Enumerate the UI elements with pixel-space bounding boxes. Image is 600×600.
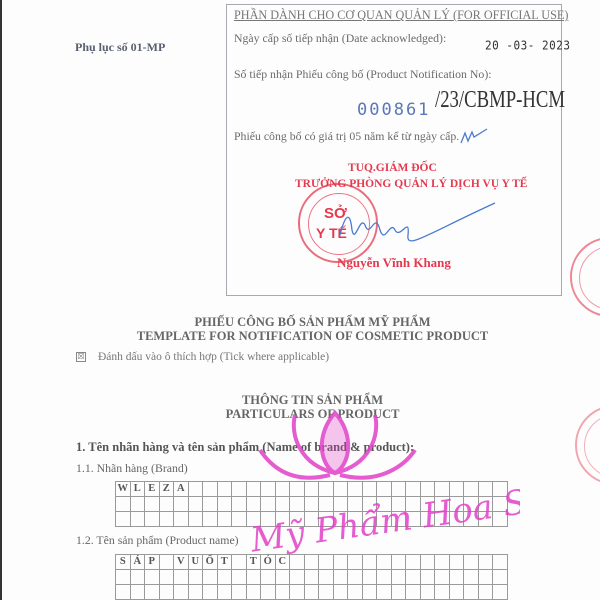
grid-cell — [348, 555, 363, 570]
grid-cell — [406, 482, 421, 497]
grid-cell — [232, 570, 247, 585]
grid-cell — [348, 585, 363, 600]
grid-cell — [391, 570, 406, 585]
grid-cell — [130, 497, 145, 512]
question-1: 1. Tên nhãn hàng và tên sản phẩm (Name o… — [76, 440, 414, 455]
form-title-en: TEMPLATE FOR NOTIFICATION OF COSMETIC PR… — [0, 329, 600, 344]
grid-cell — [130, 570, 145, 585]
grid-cell — [116, 570, 131, 585]
grid-cell — [203, 512, 218, 527]
grid-cell: U — [188, 555, 203, 570]
grid-cell — [304, 570, 319, 585]
grid-cell: S — [116, 555, 131, 570]
grid-cell — [478, 585, 493, 600]
grid-cell: Z — [159, 482, 174, 497]
grid-cell — [420, 570, 435, 585]
grid-cell — [449, 585, 464, 600]
grid-cell — [420, 512, 435, 527]
grid-cell — [420, 482, 435, 497]
grid-cell — [435, 497, 450, 512]
grid-cell — [493, 555, 508, 570]
grid-cell — [203, 497, 218, 512]
grid-cell — [159, 512, 174, 527]
grid-cell — [449, 497, 464, 512]
grid-cell — [478, 570, 493, 585]
grid-cell — [217, 512, 232, 527]
grid-cell — [348, 570, 363, 585]
grid-cell — [435, 555, 450, 570]
grid-cell — [362, 555, 377, 570]
grid-cell — [290, 482, 305, 497]
grid-cell — [304, 555, 319, 570]
grid-cell — [174, 570, 189, 585]
official-header: PHẦN DÀNH CHO CƠ QUAN QUẢN LÝ (FOR OFFIC… — [234, 8, 568, 23]
grid-cell — [493, 585, 508, 600]
grid-cell — [290, 512, 305, 527]
grid-cell: T — [217, 555, 232, 570]
grid-cell — [406, 512, 421, 527]
grid-cell — [232, 555, 247, 570]
grid-cell — [290, 555, 305, 570]
grid-cell: A — [174, 482, 189, 497]
grid-cell — [217, 482, 232, 497]
grid-cell: P — [145, 555, 160, 570]
grid-cell: E — [145, 482, 160, 497]
grid-cell — [420, 497, 435, 512]
grid-cell — [275, 570, 290, 585]
grid-cell — [232, 585, 247, 600]
grid-cell — [435, 570, 450, 585]
grid-cell — [145, 570, 160, 585]
grid-cell — [319, 497, 334, 512]
section-title-vn: THÔNG TIN SẢN PHẨM — [0, 393, 600, 408]
grid-cell — [406, 555, 421, 570]
grid-cell — [362, 570, 377, 585]
grid-cell — [232, 512, 247, 527]
grid-cell — [304, 482, 319, 497]
grid-cell — [377, 482, 392, 497]
grid-cell — [449, 555, 464, 570]
grid-cell — [145, 497, 160, 512]
grid-cell — [261, 497, 276, 512]
grid-cell — [391, 497, 406, 512]
grid-cell — [275, 512, 290, 527]
grid-cell — [232, 482, 247, 497]
grid-cell — [348, 497, 363, 512]
grid-cell — [246, 512, 261, 527]
notification-number-label: Số tiếp nhận Phiếu công bố (Product Noti… — [234, 67, 492, 82]
grid-cell — [464, 497, 479, 512]
grid-cell — [406, 585, 421, 600]
annex-label: Phụ lục số 01-MP — [75, 40, 165, 55]
grid-cell — [319, 570, 334, 585]
grid-cell — [493, 482, 508, 497]
grid-cell — [188, 570, 203, 585]
grid-cell — [217, 570, 232, 585]
grid-cell — [203, 570, 218, 585]
grid-cell — [391, 585, 406, 600]
product-name-grid: SÁPVUỐTTÓC — [115, 554, 508, 600]
brand-grid: WLEZA — [115, 481, 508, 527]
grid-cell — [435, 585, 450, 600]
grid-cell — [333, 512, 348, 527]
brand-label: 1.1. Nhãn hàng (Brand) — [76, 461, 188, 476]
grid-cell — [203, 482, 218, 497]
section-title-en: PARTICULARS OF PRODUCT — [0, 407, 600, 422]
grid-cell — [464, 570, 479, 585]
grid-cell — [290, 497, 305, 512]
grid-cell — [261, 512, 276, 527]
form-title-vn: PHIẾU CÔNG BỐ SẢN PHẨM MỸ PHẨM — [0, 315, 600, 330]
date-acknowledged-value: 20 -03- 2023 — [485, 38, 570, 53]
grid-cell — [333, 570, 348, 585]
grid-cell — [203, 585, 218, 600]
grid-cell — [406, 497, 421, 512]
grid-cell — [377, 585, 392, 600]
grid-cell — [333, 585, 348, 600]
product-name-label: 1.2. Tên sản phẩm (Product name) — [76, 533, 239, 548]
grid-cell — [275, 585, 290, 600]
grid-cell — [377, 555, 392, 570]
grid-cell — [275, 482, 290, 497]
page-edge — [0, 0, 2, 600]
grid-cell — [493, 497, 508, 512]
grid-cell — [174, 512, 189, 527]
grid-cell — [304, 497, 319, 512]
grid-cell: T — [246, 555, 261, 570]
grid-cell: V — [174, 555, 189, 570]
grid-cell — [478, 555, 493, 570]
grid-cell — [159, 570, 174, 585]
grid-cell — [188, 585, 203, 600]
grid-cell — [232, 497, 247, 512]
grid-cell — [449, 482, 464, 497]
grid-cell — [348, 482, 363, 497]
grid-cell — [319, 482, 334, 497]
grid-cell — [290, 570, 305, 585]
grid-cell — [290, 585, 305, 600]
grid-cell — [478, 497, 493, 512]
grid-cell — [319, 555, 334, 570]
grid-cell — [246, 497, 261, 512]
grid-cell — [304, 585, 319, 600]
notification-number: 000861 — [357, 100, 430, 120]
grid-cell — [246, 570, 261, 585]
signature-icon — [330, 195, 500, 255]
grid-cell — [333, 555, 348, 570]
grid-cell — [406, 570, 421, 585]
grid-cell — [275, 497, 290, 512]
grid-cell — [130, 585, 145, 600]
grid-cell — [464, 482, 479, 497]
grid-cell — [493, 570, 508, 585]
grid-cell — [261, 482, 276, 497]
validity-text: Phiếu công bố có giá trị 05 năm kể từ ng… — [234, 129, 459, 144]
grid-cell — [174, 585, 189, 600]
grid-cell — [188, 497, 203, 512]
grid-cell — [319, 585, 334, 600]
tick-instruction: ☒Đánh dấu vào ô thích hợp (Tick where ap… — [76, 351, 329, 363]
grid-cell — [159, 585, 174, 600]
grid-cell: L — [130, 482, 145, 497]
grid-cell — [362, 482, 377, 497]
grid-cell — [159, 555, 174, 570]
grid-cell: Á — [130, 555, 145, 570]
grid-cell — [348, 512, 363, 527]
grid-cell — [362, 512, 377, 527]
grid-cell — [188, 512, 203, 527]
grid-cell — [478, 512, 493, 527]
signatory-title-1: TUQ.GIÁM ĐỐC — [348, 162, 437, 174]
grid-cell: C — [275, 555, 290, 570]
grid-cell — [391, 555, 406, 570]
grid-cell — [304, 512, 319, 527]
grid-cell — [449, 512, 464, 527]
grid-cell — [391, 482, 406, 497]
grid-cell — [464, 512, 479, 527]
grid-cell — [362, 585, 377, 600]
grid-cell — [145, 585, 160, 600]
grid-cell — [435, 482, 450, 497]
grid-cell — [377, 512, 392, 527]
grid-cell — [188, 482, 203, 497]
notification-suffix: /23/CBMP-HCM — [435, 87, 565, 114]
grid-cell — [362, 497, 377, 512]
grid-cell — [246, 585, 261, 600]
grid-cell — [159, 497, 174, 512]
grid-cell — [377, 570, 392, 585]
grid-cell — [217, 585, 232, 600]
grid-cell — [478, 482, 493, 497]
grid-cell — [333, 482, 348, 497]
side-seal-icon — [570, 237, 600, 317]
grid-cell: W — [116, 482, 131, 497]
grid-cell — [493, 512, 508, 527]
grid-cell — [435, 512, 450, 527]
grid-cell — [261, 570, 276, 585]
grid-cell — [391, 512, 406, 527]
grid-cell — [217, 497, 232, 512]
grid-cell — [261, 585, 276, 600]
grid-cell — [130, 512, 145, 527]
initial-signature-icon — [459, 127, 489, 147]
grid-cell — [246, 482, 261, 497]
grid-cell — [145, 512, 160, 527]
grid-cell — [464, 555, 479, 570]
grid-cell: Ó — [261, 555, 276, 570]
date-acknowledged-label: Ngày cấp số tiếp nhận (Date acknowledged… — [234, 31, 446, 46]
grid-cell — [174, 497, 189, 512]
grid-cell — [420, 555, 435, 570]
grid-cell — [333, 497, 348, 512]
grid-cell — [116, 497, 131, 512]
grid-cell: Ố — [203, 555, 218, 570]
grid-cell — [319, 512, 334, 527]
signer-name: Nguyễn Vĩnh Khang — [337, 255, 451, 271]
checkbox-icon: ☒ — [76, 352, 86, 362]
grid-cell — [449, 570, 464, 585]
grid-cell — [377, 497, 392, 512]
grid-cell — [420, 585, 435, 600]
tick-instruction-text: Đánh dấu vào ô thích hợp (Tick where app… — [98, 351, 329, 363]
grid-cell — [116, 512, 131, 527]
grid-cell — [464, 585, 479, 600]
grid-cell — [116, 585, 131, 600]
